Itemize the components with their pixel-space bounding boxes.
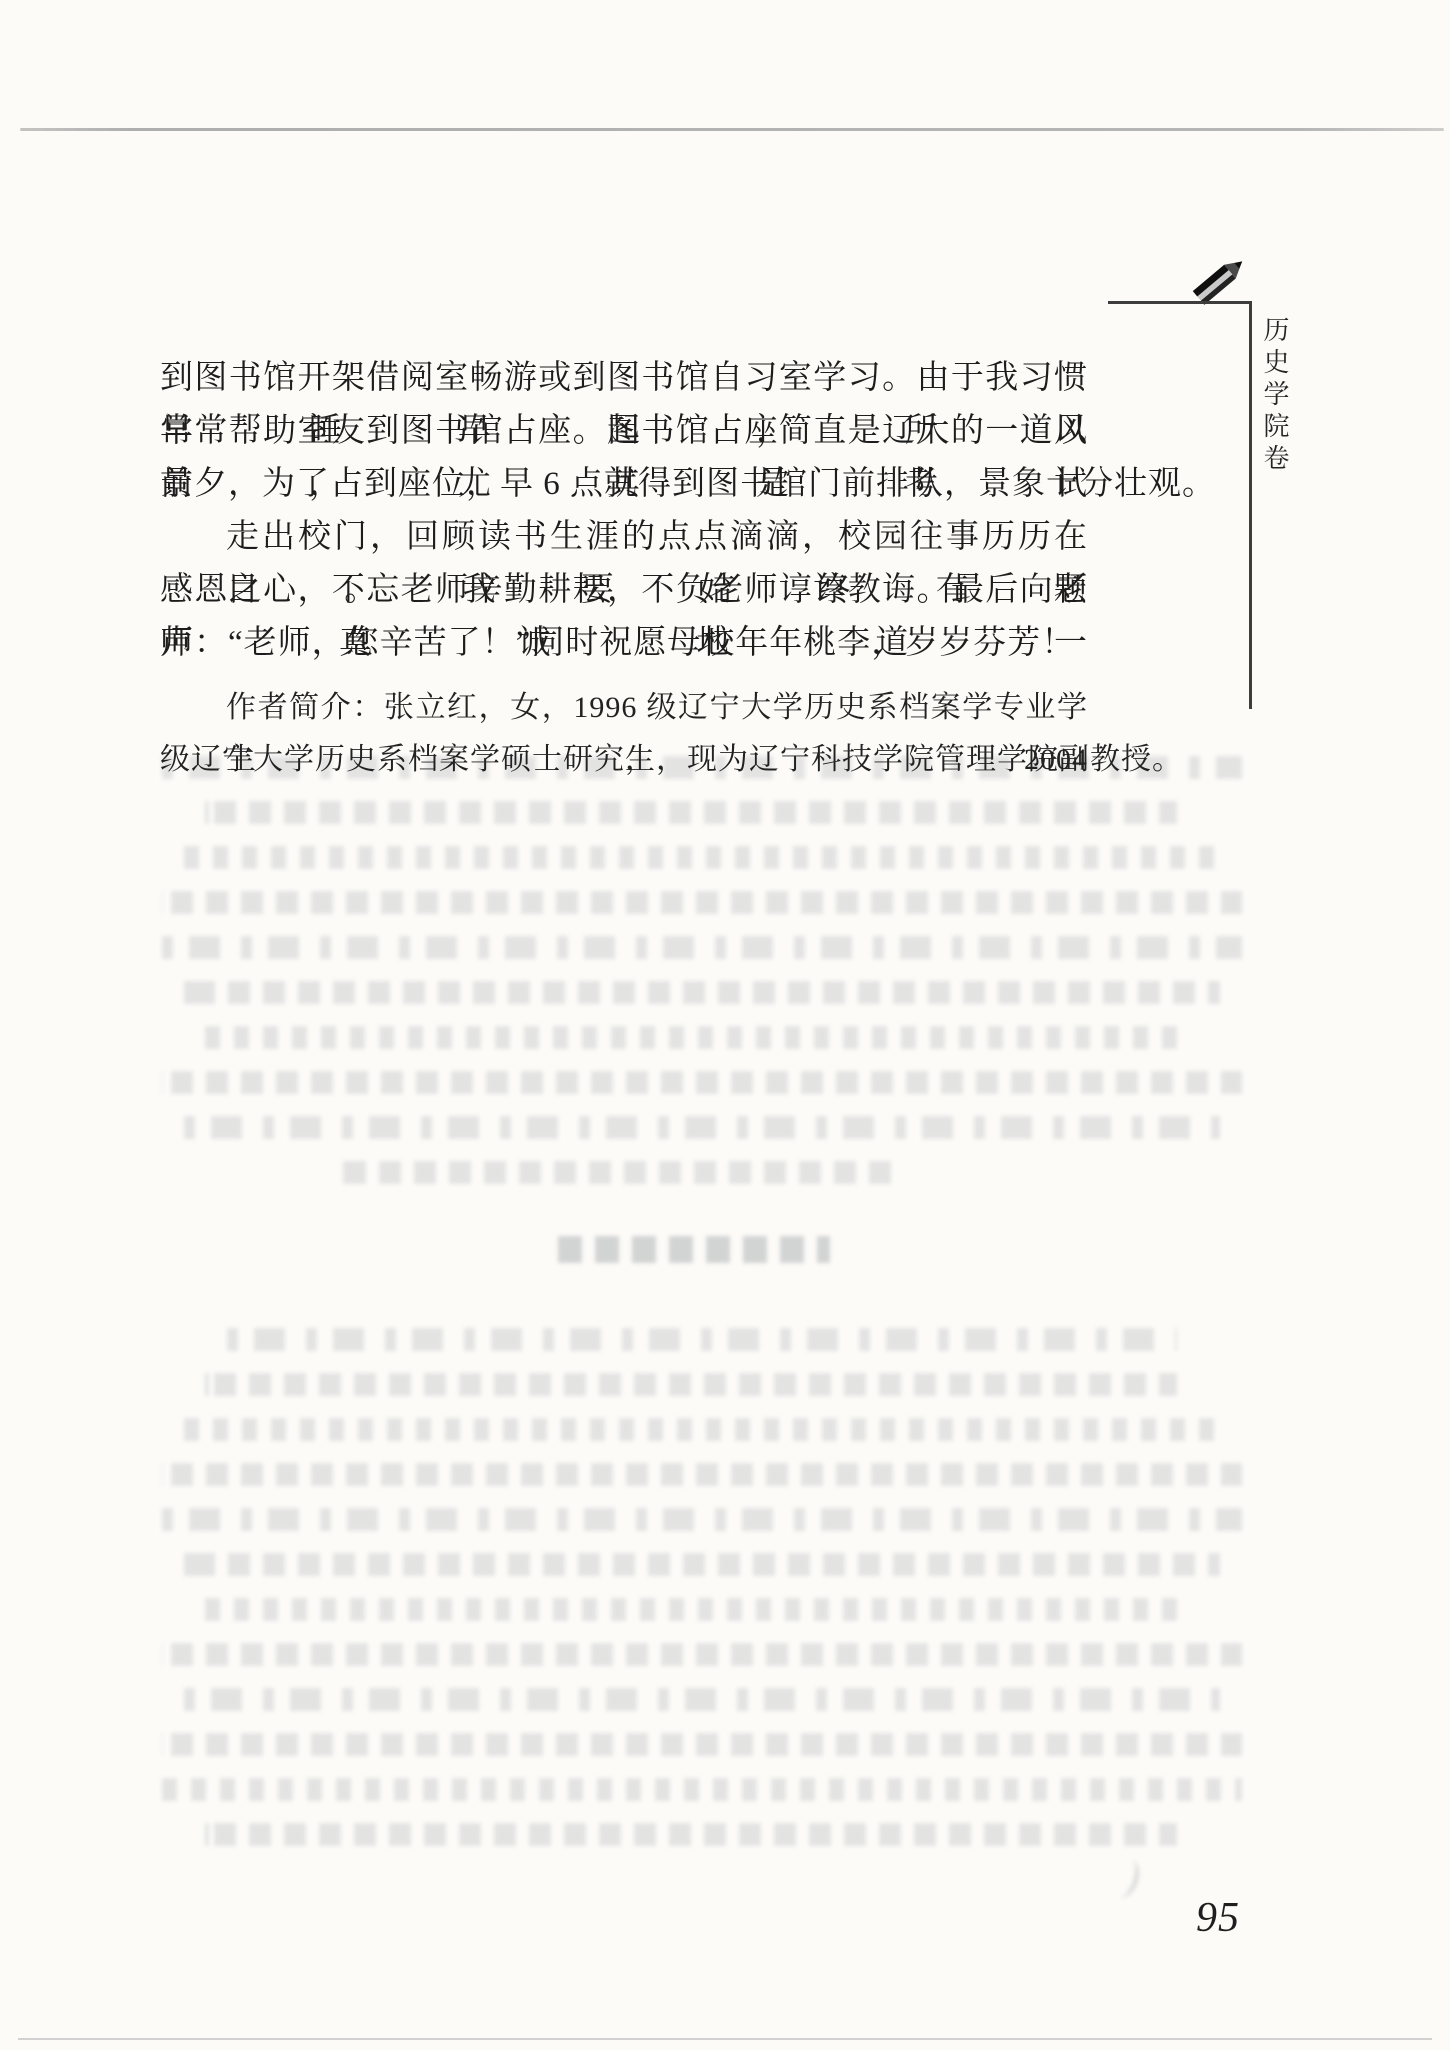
bleed-through-line: [162, 936, 1242, 959]
bleed-through-line: [162, 1643, 1242, 1666]
scanned-book-page: 历史学院卷 到图书馆开架借阅室畅游或到图书馆自习室学习。由于我习惯早睡早起，所以…: [0, 0, 1450, 2050]
bleed-through-line: [184, 846, 1221, 869]
bleed-through-line: [162, 891, 1242, 914]
bleed-through-line: [162, 1733, 1242, 1756]
bleed-through-line: [184, 1418, 1221, 1441]
bleed-through-line: [184, 981, 1221, 1004]
bleed-through-line: [162, 1071, 1242, 1094]
bleed-through-block-lower: [162, 1328, 1242, 1868]
author-bio: 作者简介：张立红，女，1996 级辽宁大学历史系档案学专业学生，2004 级辽宁…: [160, 682, 1088, 786]
bleed-through-line: [184, 1688, 1221, 1711]
bleed-through-block-upper: [162, 756, 1242, 1206]
bleed-through-line: [184, 1116, 1221, 1139]
sidebar-rule-horizontal: [1108, 301, 1252, 304]
text-line: 感恩之心，不忘老师辛勤耕耘，不负老师谆谆教诲。最后向老师真诚地道一: [160, 564, 1088, 617]
bleed-through-line: [205, 1598, 1177, 1621]
scan-artifact-line-top: [20, 128, 1444, 131]
text-line: 声：“老师，您辛苦了！”同时祝愿母校年年桃李，岁岁芬芳！: [160, 617, 1088, 670]
text-line: 前夕，为了占到座位，早 6 点就得到图书馆门前排队，景象十分壮观。: [160, 458, 1088, 511]
bleed-through-line: [205, 801, 1177, 824]
bleed-through-line: [184, 1553, 1221, 1576]
text-line: 到图书馆开架借阅室畅游或到图书馆自习室学习。由于我习惯早睡早起，所以: [160, 352, 1088, 405]
sidebar-rule-vertical: [1249, 301, 1252, 709]
text-line: 作者简介：张立红，女，1996 级辽宁大学历史系档案学专业学生，2004: [160, 682, 1088, 734]
bleed-through-line: [162, 1463, 1242, 1486]
bleed-through-heading: [558, 1236, 830, 1263]
bleed-through-line: [335, 1161, 897, 1184]
bleed-through-line: [162, 1778, 1242, 1801]
bleed-through-line: [205, 1823, 1177, 1846]
text-line: 级辽宁大学历史系档案学硕士研究生，现为辽宁科技学院管理学院副教授。: [160, 734, 1088, 786]
body-text: 到图书馆开架借阅室畅游或到图书馆自习室学习。由于我习惯早睡早起，所以 常常帮助室…: [160, 352, 1088, 670]
text-line: 常常帮助室友到图书馆占座。图书馆占座简直是辽大的一道风景，尤其是考试: [160, 405, 1088, 458]
bleed-through-line: [205, 1373, 1177, 1396]
sidebar-volume-label: 历史学院卷: [1256, 316, 1293, 496]
text-line: 走出校门，回顾读书生涯的点点滴滴，校园往事历历在目。我要始终有颗: [160, 511, 1088, 564]
scan-artifact-line-bottom: [18, 2038, 1432, 2040]
pencil-icon: [1190, 254, 1254, 315]
bleed-through-line: [205, 1026, 1177, 1049]
bleed-through-line: [227, 1328, 1177, 1351]
bleed-through-line: [162, 1508, 1242, 1531]
page-number: 95: [1196, 1894, 1240, 1942]
